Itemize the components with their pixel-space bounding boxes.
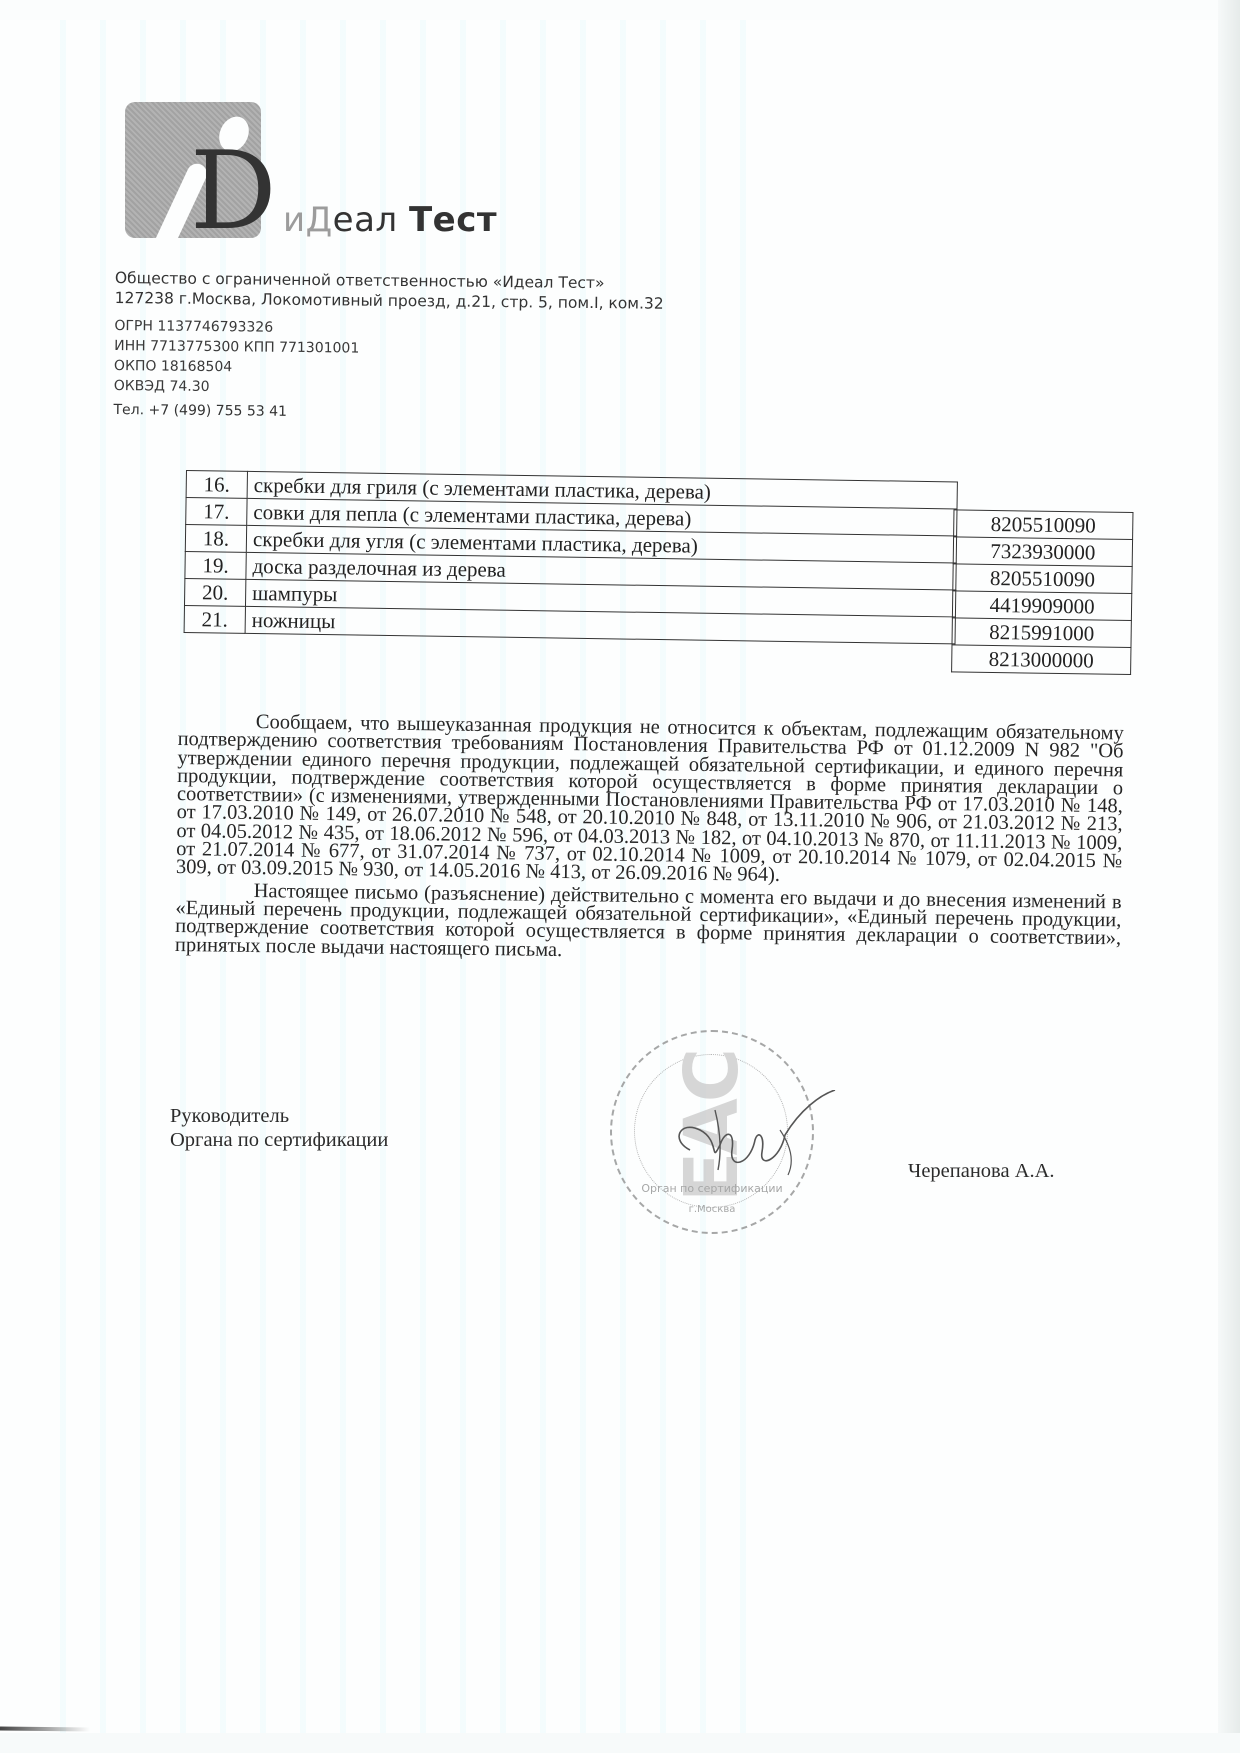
logo-wordmark-light: и xyxy=(283,200,306,240)
paragraph-validity: Настоящее письмо (разъяснение) действите… xyxy=(175,881,1122,967)
scan-shadow xyxy=(0,1727,90,1732)
signatory-title-line-2: Органа по сертификации xyxy=(170,1128,388,1152)
letter-body: Сообщаем, что вышеуказанная продукция не… xyxy=(175,712,1124,966)
signatory-name: Черепанова А.А. xyxy=(908,1160,1055,1183)
logo-wordmark-rest: еал xyxy=(333,200,398,240)
table-row: 4419909000 xyxy=(952,591,1131,621)
table-row: 8213000000 xyxy=(952,645,1131,675)
company-logo: D иДеал Тест xyxy=(120,100,520,260)
scan-edge-bottom xyxy=(0,1733,1240,1753)
table-row: 8205510090 xyxy=(954,510,1133,540)
scan-edge-right xyxy=(1218,0,1240,1753)
stamp-city: г.Москва xyxy=(612,1204,812,1215)
tnved-code: 7323930000 xyxy=(953,537,1132,567)
logo-wordmark-accent: Д xyxy=(306,200,333,240)
signatory-title-line-1: Руководитель xyxy=(170,1104,388,1128)
row-number: 19. xyxy=(185,551,246,579)
logo-letter: D xyxy=(190,138,277,246)
table-row: 8205510090 xyxy=(953,564,1132,594)
logo-wordmark: иДеал Тест xyxy=(283,200,497,240)
row-number: 18. xyxy=(185,525,246,553)
tnved-code: 8213000000 xyxy=(952,645,1131,675)
phone: Тел. +7 (499) 755 53 41 xyxy=(113,402,662,424)
row-number: 17. xyxy=(186,498,247,526)
letterhead-details: Общество с ограниченной ответственностью… xyxy=(113,268,664,424)
tnved-code: 8205510090 xyxy=(953,564,1132,594)
row-number: 21. xyxy=(184,605,245,633)
tnved-code: 8215991000 xyxy=(952,618,1131,648)
items-table: 16.скребки для гриля (с элементами пласт… xyxy=(184,470,958,644)
tnved-code: 8205510090 xyxy=(954,510,1133,540)
signatory-title: Руководитель Органа по сертификации xyxy=(170,1104,388,1152)
handwritten-signature-icon xyxy=(660,1090,860,1190)
paragraph-compliance: Сообщаем, что вышеуказанная продукция не… xyxy=(176,712,1124,889)
row-number: 16. xyxy=(186,471,247,499)
row-number: 20. xyxy=(184,578,245,606)
table-row: 8215991000 xyxy=(952,618,1131,648)
tnved-code: 4419909000 xyxy=(952,591,1131,621)
registration-info: ОГРН 1137746793326 ИНН 7713775300 КПП 77… xyxy=(114,316,664,402)
codes-table: 8205510090732393000082055100904419909000… xyxy=(951,509,1133,675)
scan-edge-top xyxy=(0,0,1240,20)
table-row: 7323930000 xyxy=(953,537,1132,567)
logo-wordmark-bold: Тест xyxy=(409,200,497,240)
products-table: 16.скребки для гриля (с элементами пласт… xyxy=(182,470,1136,744)
